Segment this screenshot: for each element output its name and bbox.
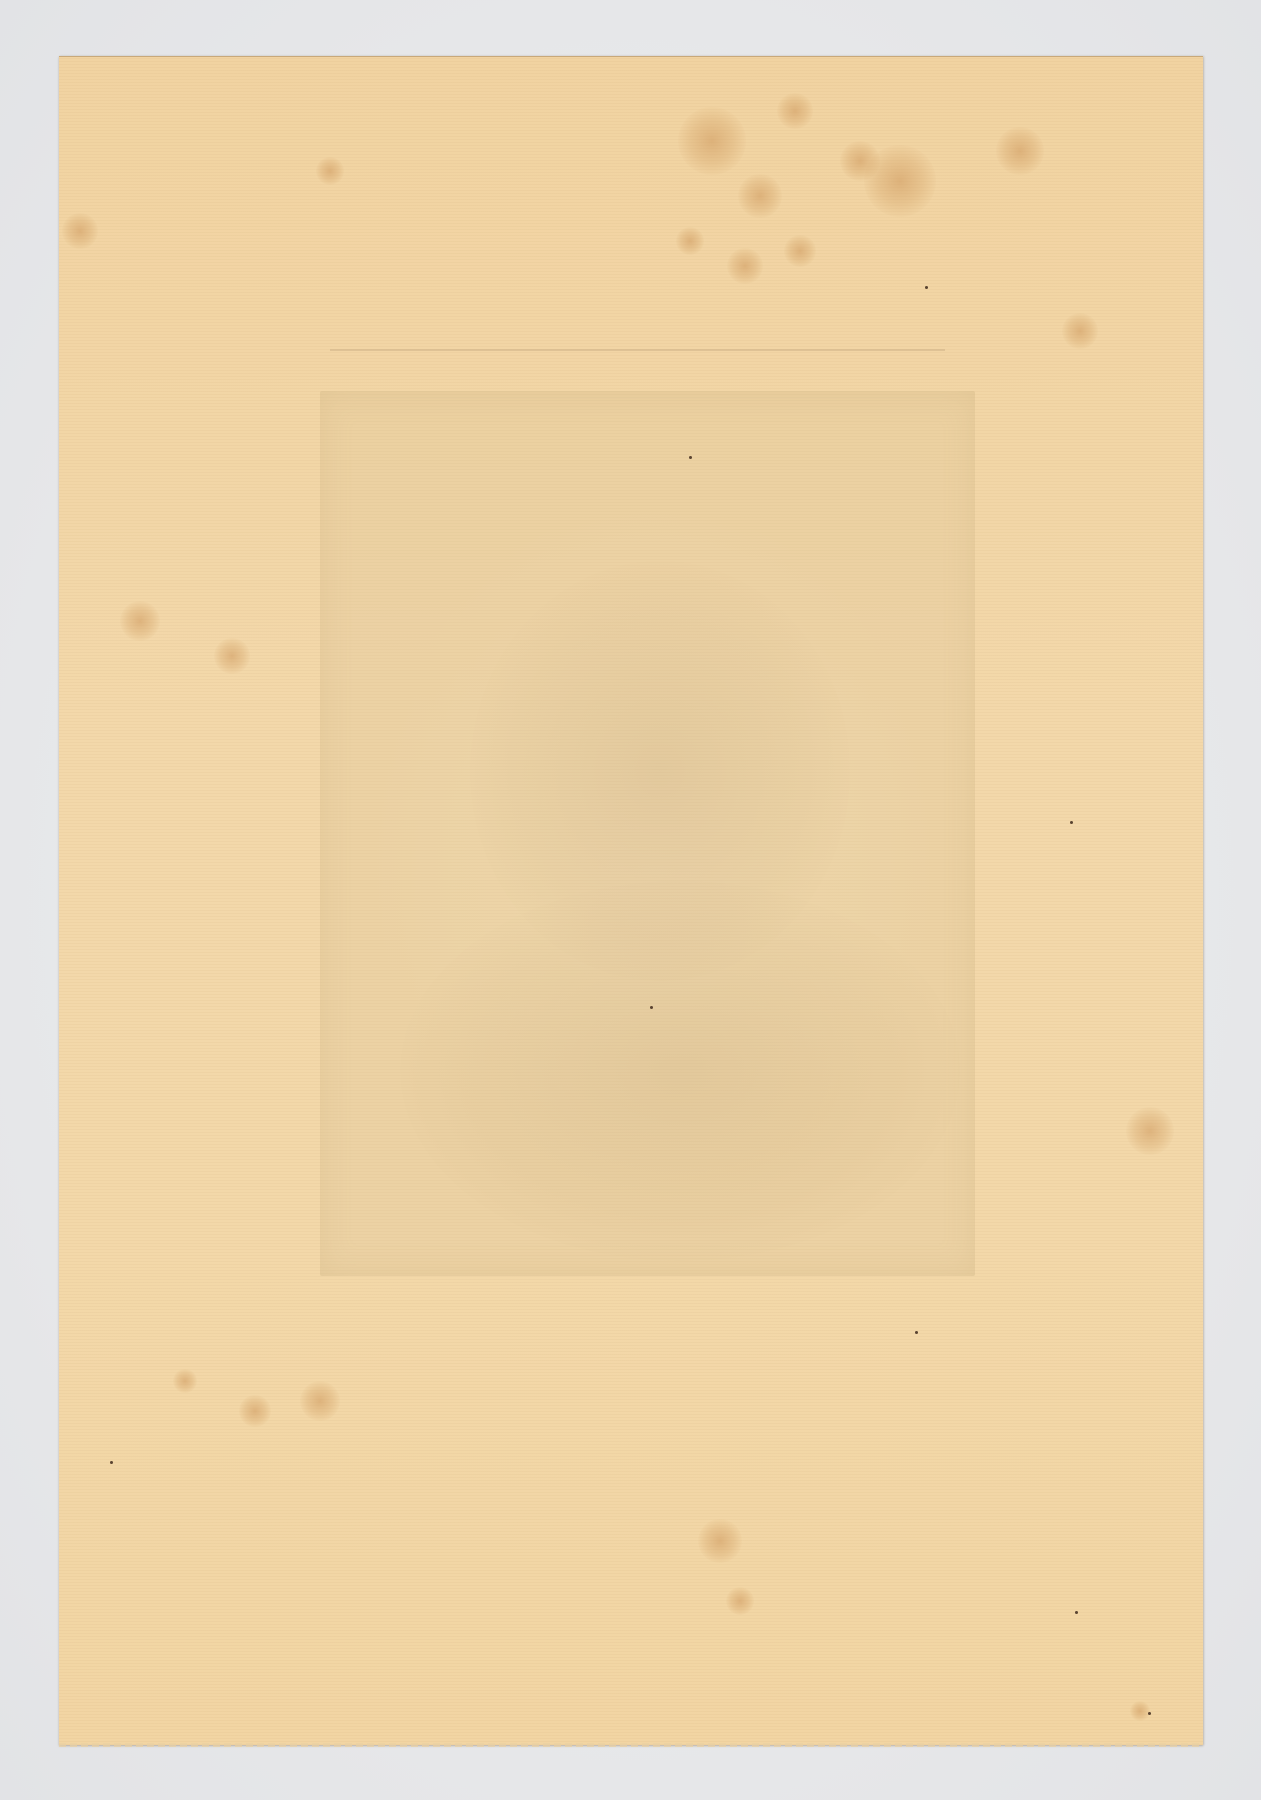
dirt-speck	[110, 1461, 113, 1464]
dirt-speck	[915, 1331, 918, 1334]
dirt-speck	[1148, 1712, 1151, 1715]
aged-paper-sheet	[59, 56, 1203, 1745]
dirt-speck	[925, 286, 928, 289]
foxing-spot	[120, 601, 160, 641]
foxing-spot	[300, 1381, 340, 1421]
foxing-spot	[1062, 313, 1098, 349]
dirt-speck	[650, 1006, 653, 1009]
foxing-spot	[698, 1519, 742, 1563]
portrait-bust-show-through	[400, 881, 960, 1261]
foxing-spot	[173, 1369, 197, 1393]
foxing-spot	[316, 157, 344, 185]
foxing-spot	[1130, 1701, 1150, 1721]
foxing-spot	[726, 1587, 754, 1615]
foxing-spot	[738, 174, 782, 218]
foxing-spot	[996, 127, 1044, 175]
foxing-spot	[840, 141, 880, 181]
foxing-spot	[1126, 1107, 1174, 1155]
plate-top-edge	[330, 349, 945, 351]
dirt-speck	[1070, 821, 1073, 824]
foxing-spot	[784, 235, 816, 267]
foxing-spot	[727, 248, 763, 284]
foxing-spot	[239, 1395, 271, 1427]
dirt-speck	[1075, 1611, 1078, 1614]
dirt-speck	[689, 456, 692, 459]
foxing-spot	[678, 107, 746, 175]
foxing-spot	[676, 227, 704, 255]
foxing-spot	[214, 638, 250, 674]
foxing-spot	[62, 213, 98, 249]
foxing-spot	[777, 93, 813, 129]
